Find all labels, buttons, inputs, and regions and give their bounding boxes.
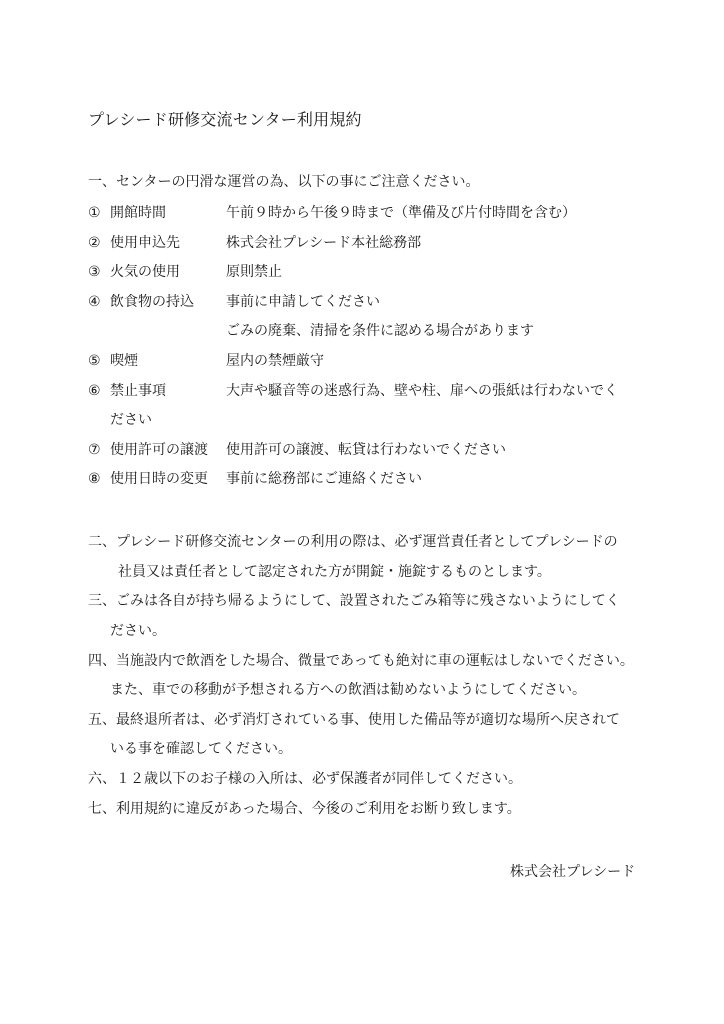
item-number: ⑤ xyxy=(88,352,101,370)
clause-line: 六、１２歳以下のお子様の入所は、必ず保護者が同伴してください。 xyxy=(88,770,522,788)
item-number: ⑥ xyxy=(88,382,101,400)
item-number: ① xyxy=(88,204,101,222)
clause-line: 三、ごみは各自が持ち帰るようにして、設置されたごみ箱等に残さないようにしてく xyxy=(88,592,620,610)
company-signature: 株式会社プレシード xyxy=(510,861,635,881)
item-number: ③ xyxy=(88,263,101,281)
item-label: 火気の使用 xyxy=(110,263,180,281)
item-value: 原則禁止 xyxy=(226,263,282,281)
item-label: 使用日時の変更 xyxy=(110,470,208,488)
clause-line-continued: ださい。 xyxy=(110,622,166,640)
item-number: ④ xyxy=(88,293,101,311)
clause-line: 二、プレシード研修交流センターの利用の際は、必ず運営責任者としてプレシードの xyxy=(88,533,618,551)
clause-line: 四、当施設内で飲酒をした場合、微量であっても絶対に車の運転はしないでください。 xyxy=(88,652,634,670)
clause-line-continued: いる事を確認してください。 xyxy=(110,740,292,758)
document-title: プレシード研修交流センター利用規約 xyxy=(88,107,362,130)
item-value: 屋内の禁煙厳守 xyxy=(226,352,324,370)
clause-line: 五、最終退所者は、必ず消灯されている事、使用した備品等が適切な場所へ戻されて xyxy=(88,711,620,729)
item-label: 喫煙 xyxy=(110,352,138,370)
item-number: ② xyxy=(88,234,101,252)
item-value: 株式会社プレシード本社総務部 xyxy=(226,234,421,252)
item-number: ⑧ xyxy=(88,470,101,488)
clause-line: 七、利用規約に違反があった場合、今後のご利用をお断り致します。 xyxy=(88,800,521,818)
item-value: 使用許可の譲渡、転貸は行わないでください xyxy=(226,441,506,459)
item-value: 事前に総務部にご連絡ください xyxy=(226,470,422,488)
item-label: 開館時間 xyxy=(110,204,166,222)
section-1-heading: 一、センターの円滑な運営の為、以下の事にご注意ください。 xyxy=(88,173,479,191)
item-label: 禁止事項 xyxy=(110,382,166,400)
clause-line-continued: また、車での移動が予想される方への飲酒は勧めないようにしてください。 xyxy=(110,681,586,699)
item-label: 飲食物の持込 xyxy=(110,293,194,311)
item-value: 事前に申請してください xyxy=(226,293,380,311)
item-label: 使用許可の譲渡 xyxy=(110,441,208,459)
item-value-continued: ださい xyxy=(110,411,152,429)
document-page: プレシード研修交流センター利用規約 一、センターの円滑な運営の為、以下の事にご注… xyxy=(0,0,724,1024)
item-value: 午前９時から午後９時まで（準備及び片付時間を含む） xyxy=(226,204,576,222)
item-value-continued: ごみの廃棄、清掃を条件に認める場合があります xyxy=(226,322,534,340)
item-label: 使用申込先 xyxy=(110,234,180,252)
clause-line-continued: 社員又は責任者として認定された方が開錠・施錠するものとします。 xyxy=(118,563,551,581)
item-value: 大声や騒音等の迷惑行為、壁や柱、扉への張紙は行わないでく xyxy=(226,382,618,400)
item-number: ⑦ xyxy=(88,441,101,459)
